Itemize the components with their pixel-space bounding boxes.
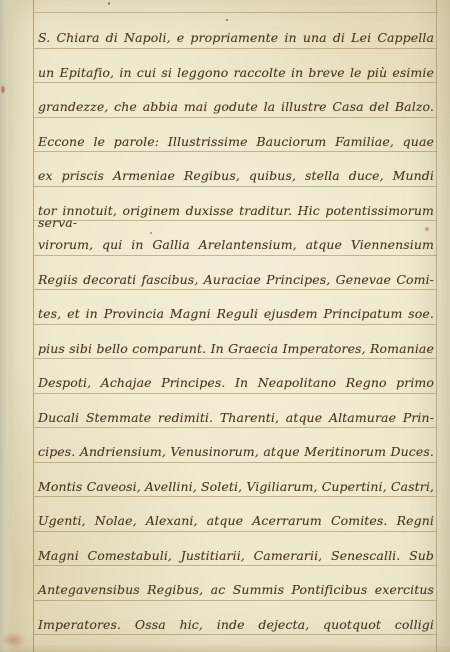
manuscript-text-block: S. Chiara di Napoli, e propriamente in u… (34, 14, 437, 635)
manuscript-line-9: tes, et in Provincia Magni Reguli ejusde… (34, 290, 437, 325)
red-ink-speck (1, 86, 5, 93)
red-smudge (0, 632, 26, 648)
manuscript-line-7: virorum, qui in Gallia Arelantensium, at… (34, 221, 437, 256)
manuscript-page: S. Chiara di Napoli, e propriamente in u… (0, 0, 450, 652)
manuscript-line-16: Magni Comestabuli, Justitiarii, Camerari… (34, 532, 437, 567)
manuscript-line-14: Montis Caveosi, Avellini, Soleti, Vigili… (34, 463, 437, 498)
manuscript-line-8: Regiis decorati fascibus, Auraciae Princ… (34, 256, 437, 291)
manuscript-line-5: ex priscis Armeniae Regibus, quibus, ste… (34, 152, 437, 187)
manuscript-line-11: Despoti, Achajae Principes. In Neapolita… (34, 359, 437, 394)
manuscript-line-6: tor innotuit, originem duxisse traditur.… (34, 187, 437, 222)
manuscript-line-18: Imperatores. Ossa hic, inde dejecta, quo… (34, 601, 437, 636)
manuscript-line-15: Ugenti, Nolae, Alexani, atque Acerrarum … (34, 497, 437, 532)
manuscript-line-1: S. Chiara di Napoli, e propriamente in u… (34, 14, 437, 49)
ink-dot (226, 19, 228, 21)
ink-dot (150, 232, 152, 234)
manuscript-line-13: cipes. Andriensium, Venusinorum, atque M… (34, 428, 437, 463)
manuscript-line-3: grandezze, che abbia mai godute la illus… (34, 83, 437, 118)
manuscript-line-4: Eccone le parole: Illustrissime Baucioru… (34, 118, 437, 153)
manuscript-line-2: un Epitafio, in cui si leggono raccolte … (34, 49, 437, 84)
manuscript-line-10: pius sibi bello comparunt. In Graecia Im… (34, 325, 437, 360)
manuscript-line-17: Antegavensibus Regibus, ac Summis Pontif… (34, 566, 437, 601)
page-left-edge (0, 0, 14, 652)
ink-dot (330, 455, 332, 457)
red-ink-speck (425, 227, 429, 231)
manuscript-line-12: Ducali Stemmate redimiti. Tharenti, atqu… (34, 394, 437, 429)
top-rule-line (33, 12, 438, 13)
ink-dot (108, 2, 110, 5)
